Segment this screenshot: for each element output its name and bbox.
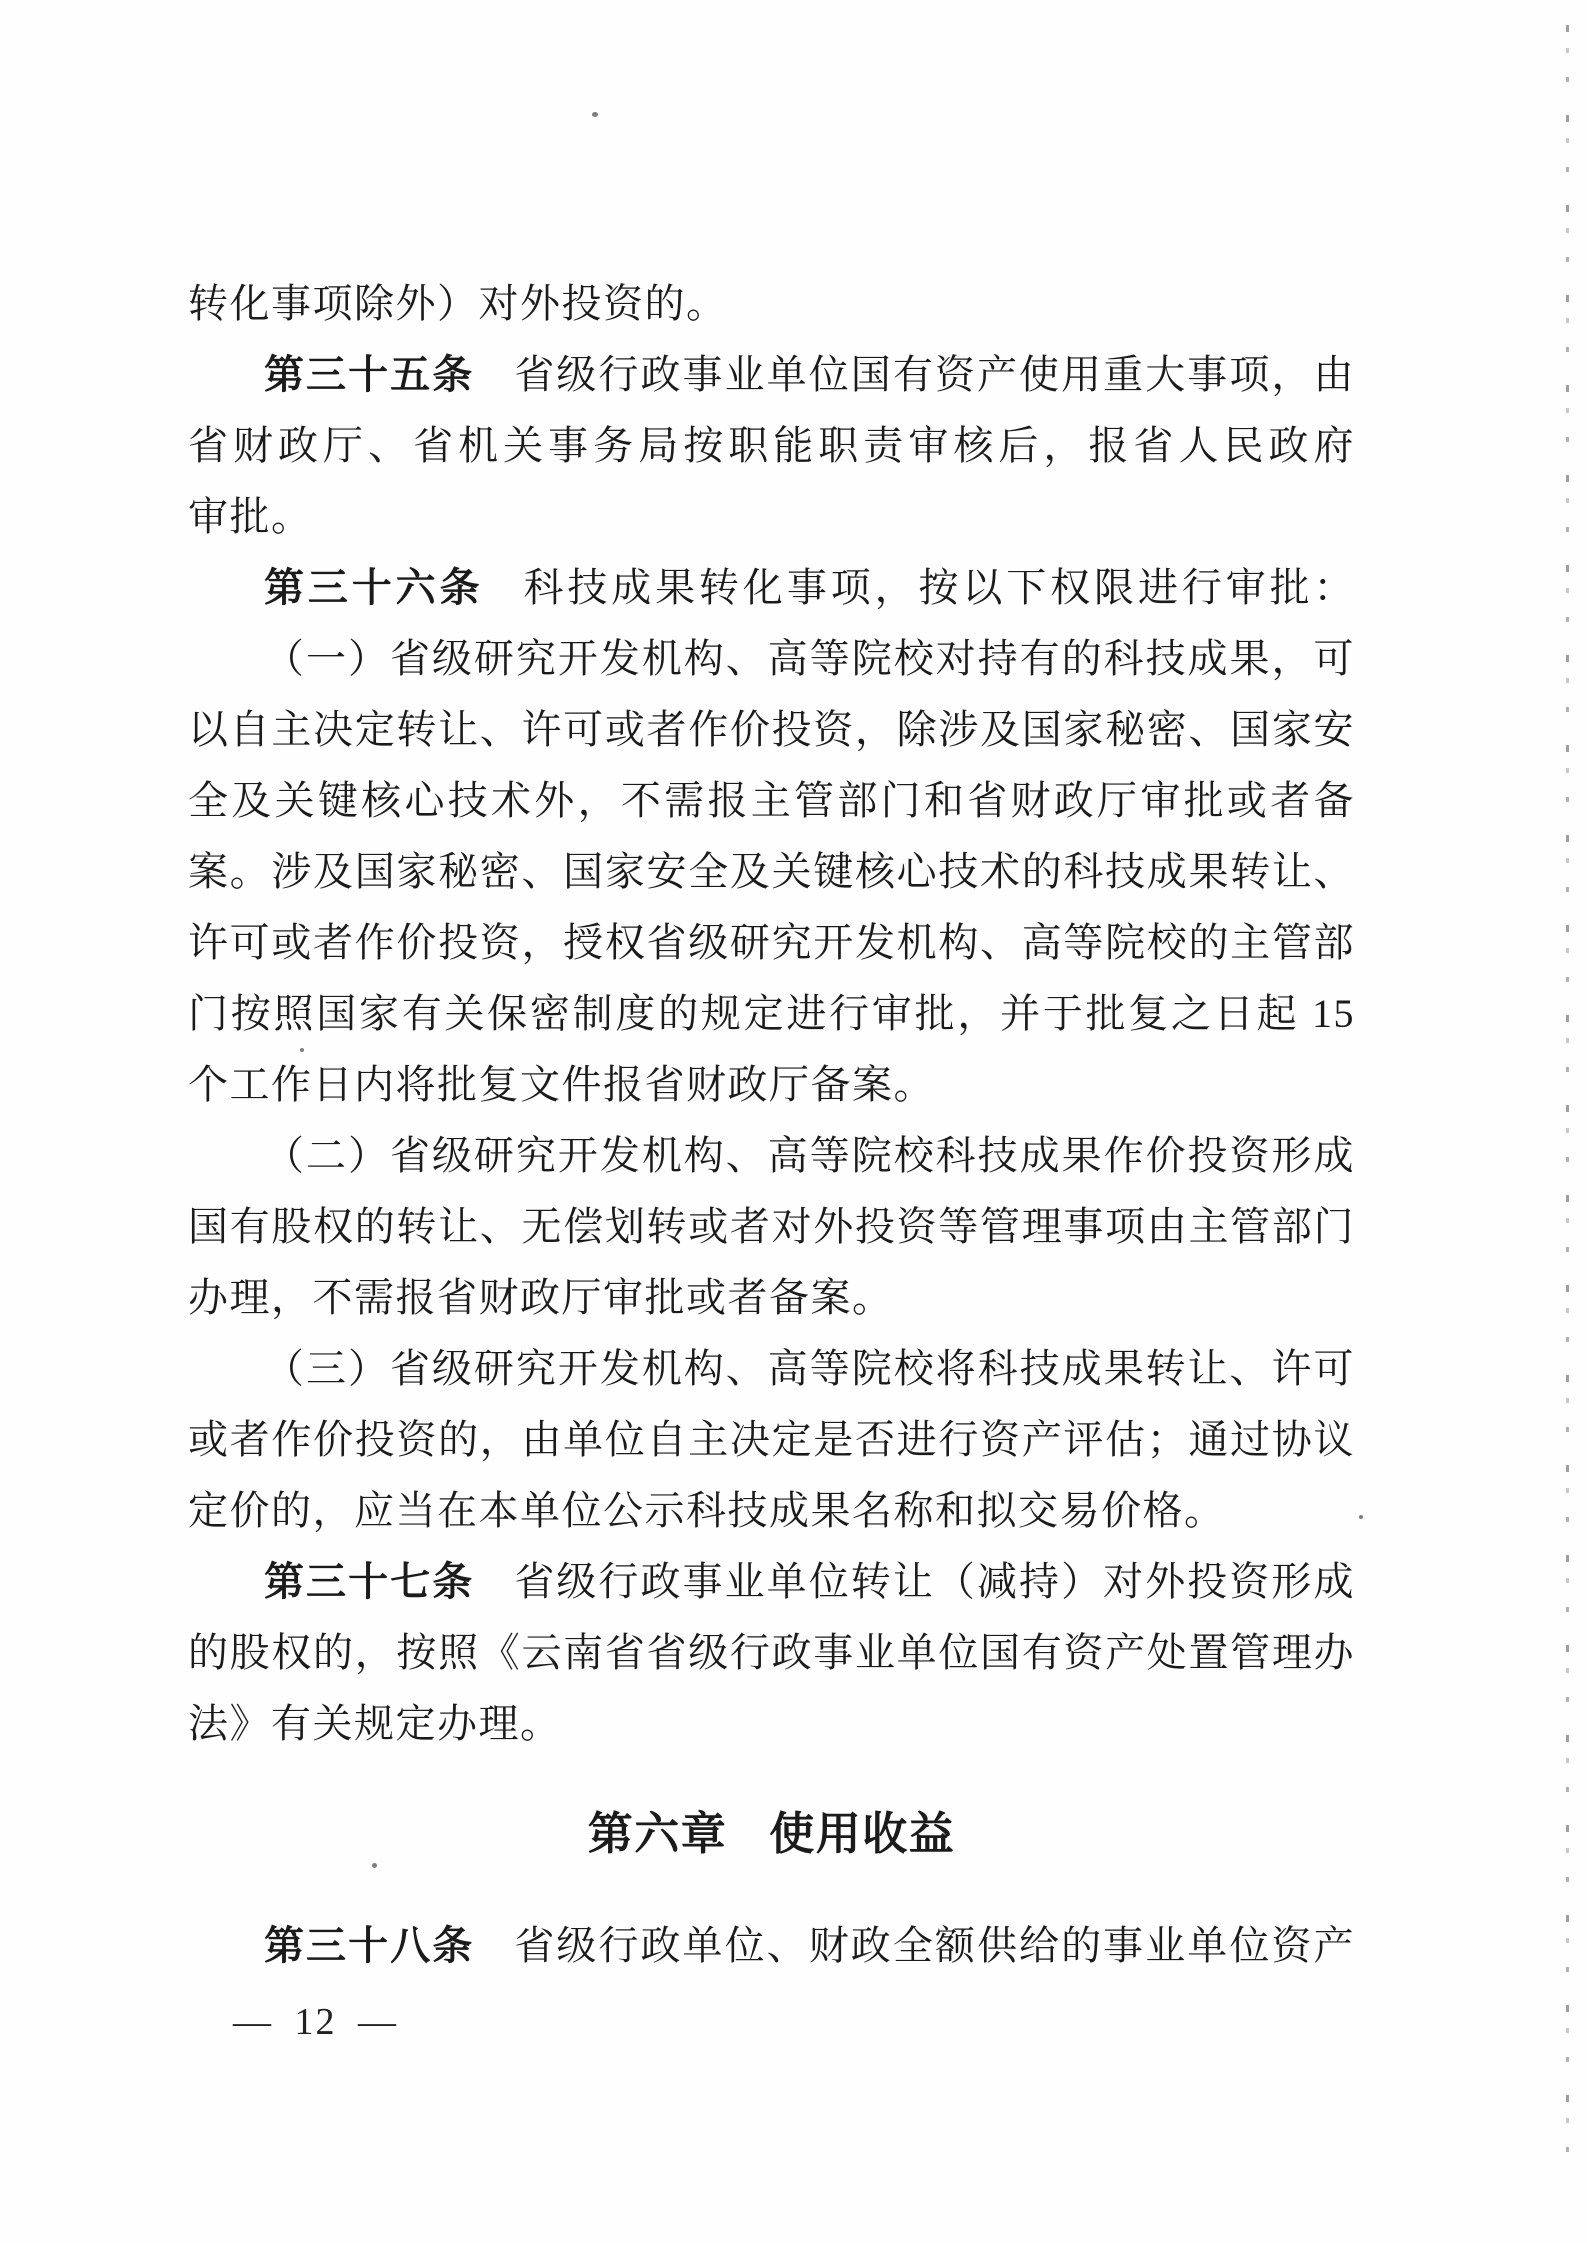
scan-speck (1359, 1515, 1363, 1519)
document-line: 许可或者作价投资，授权省级研究开发机构、高等院校的主管部 (188, 907, 1355, 978)
article-number: 第三十八条 (264, 1923, 474, 1968)
document-line: 省财政厅、省机关事务局按职能职责审核后，报省人民政府 (188, 410, 1355, 481)
scan-speck (372, 1863, 377, 1868)
document-line: 国有股权的转让、无偿划转或者对外投资等管理事项由主管部门 (188, 1191, 1355, 1262)
article-number: 第三十六条 (264, 565, 483, 610)
scan-artifact-vertical-line (1566, 25, 1569, 2185)
document-line: （三）省级研究开发机构、高等院校将科技成果转让、许可 (188, 1333, 1355, 1404)
line-text: 国有股权的转让、无偿划转或者对外投资等管理事项由主管部门 (188, 1204, 1355, 1249)
article-number: 第三十七条 (264, 1559, 474, 1604)
document-line: 或者作价投资的，由单位自主决定是否进行资产评估；通过协议 (188, 1404, 1355, 1475)
line-text: 定价的，应当在本单位公示科技成果名称和拟交易价格。 (188, 1488, 1226, 1533)
page-number: — 12 — (233, 2000, 398, 2044)
document-line: 转化事项除外）对外投资的。 (188, 268, 1355, 339)
line-text: 审批。 (188, 494, 313, 539)
line-text: 的股权的，按照《云南省省级行政事业单位国有资产处置管理办 (188, 1630, 1355, 1675)
text-block: 转化事项除外）对外投资的。第三十五条省级行政事业单位国有资产使用重大事项，由省财… (188, 268, 1355, 1981)
line-text: 使用收益 (769, 1809, 955, 1859)
document-line: 门按照国家有关保密制度的规定进行审批，并于批复之日起 15 (188, 978, 1355, 1049)
line-text: 个工作日内将批复文件报省财政厅备案。 (188, 1062, 935, 1107)
document-line: 全及关键核心技术外，不需报主管部门和省财政厅审批或者备 (188, 765, 1355, 836)
chapter-number: 第六章 (588, 1809, 728, 1859)
line-text: （三）省级研究开发机构、高等院校将科技成果转让、许可 (264, 1346, 1355, 1391)
line-text: 省级行政单位、财政全额供给的事业单位资产 (514, 1923, 1355, 1968)
document-line: 的股权的，按照《云南省省级行政事业单位国有资产处置管理办 (188, 1617, 1355, 1688)
line-text: 全及关键核心技术外，不需报主管部门和省财政厅审批或者备 (188, 778, 1355, 823)
scan-speck (300, 1048, 304, 1052)
line-text: （二）省级研究开发机构、高等院校科技成果作价投资形成 (264, 1133, 1355, 1178)
document-line: 第三十六条科技成果转化事项，按以下权限进行审批： (188, 552, 1355, 623)
line-text: 办理，不需报省财政厅审批或者备案。 (188, 1275, 894, 1320)
line-text: 门按照国家有关保密制度的规定进行审批，并于批复之日起 15 (188, 991, 1355, 1036)
line-text: 省级行政事业单位转让（减持）对外投资形成 (514, 1559, 1355, 1604)
document-line: 以自主决定转让、许可或者作价投资，除涉及国家秘密、国家安 (188, 694, 1355, 765)
document-line: 案。涉及国家秘密、国家安全及关键核心技术的科技成果转让、 (188, 836, 1355, 907)
line-text: 法》有关规定办理。 (188, 1701, 562, 1746)
line-text: （一）省级研究开发机构、高等院校对持有的科技成果，可 (264, 636, 1355, 681)
line-text: 或者作价投资的，由单位自主决定是否进行资产评估；通过协议 (188, 1417, 1355, 1462)
document-line: 第三十七条省级行政事业单位转让（减持）对外投资形成 (188, 1546, 1355, 1617)
document-page: 转化事项除外）对外投资的。第三十五条省级行政事业单位国有资产使用重大事项，由省财… (0, 0, 1587, 2243)
line-text: 科技成果转化事项，按以下权限进行审批： (523, 565, 1355, 610)
line-text: 以自主决定转让、许可或者作价投资，除涉及国家秘密、国家安 (188, 707, 1355, 752)
document-line: 法》有关规定办理。 (188, 1688, 1355, 1759)
document-line: （二）省级研究开发机构、高等院校科技成果作价投资形成 (188, 1120, 1355, 1191)
document-line: 办理，不需报省财政厅审批或者备案。 (188, 1262, 1355, 1333)
line-text: 省级行政事业单位国有资产使用重大事项，由 (514, 352, 1355, 397)
line-text: 许可或者作价投资，授权省级研究开发机构、高等院校的主管部 (188, 920, 1355, 965)
document-line: （一）省级研究开发机构、高等院校对持有的科技成果，可 (188, 623, 1355, 694)
line-text: 省财政厅、省机关事务局按职能职责审核后，报省人民政府 (188, 423, 1355, 468)
chapter-heading: 第六章使用收益 (188, 1799, 1355, 1870)
line-text: 案。涉及国家秘密、国家安全及关键核心技术的科技成果转让、 (188, 849, 1355, 894)
scan-speck (592, 112, 598, 117)
document-line: 第三十五条省级行政事业单位国有资产使用重大事项，由 (188, 339, 1355, 410)
document-line: 第三十八条省级行政单位、财政全额供给的事业单位资产 (188, 1910, 1355, 1981)
document-line: 个工作日内将批复文件报省财政厅备案。 (188, 1049, 1355, 1120)
document-line: 审批。 (188, 481, 1355, 552)
article-number: 第三十五条 (264, 352, 474, 397)
line-text: 转化事项除外）对外投资的。 (188, 281, 728, 326)
document-line: 定价的，应当在本单位公示科技成果名称和拟交易价格。 (188, 1475, 1355, 1546)
